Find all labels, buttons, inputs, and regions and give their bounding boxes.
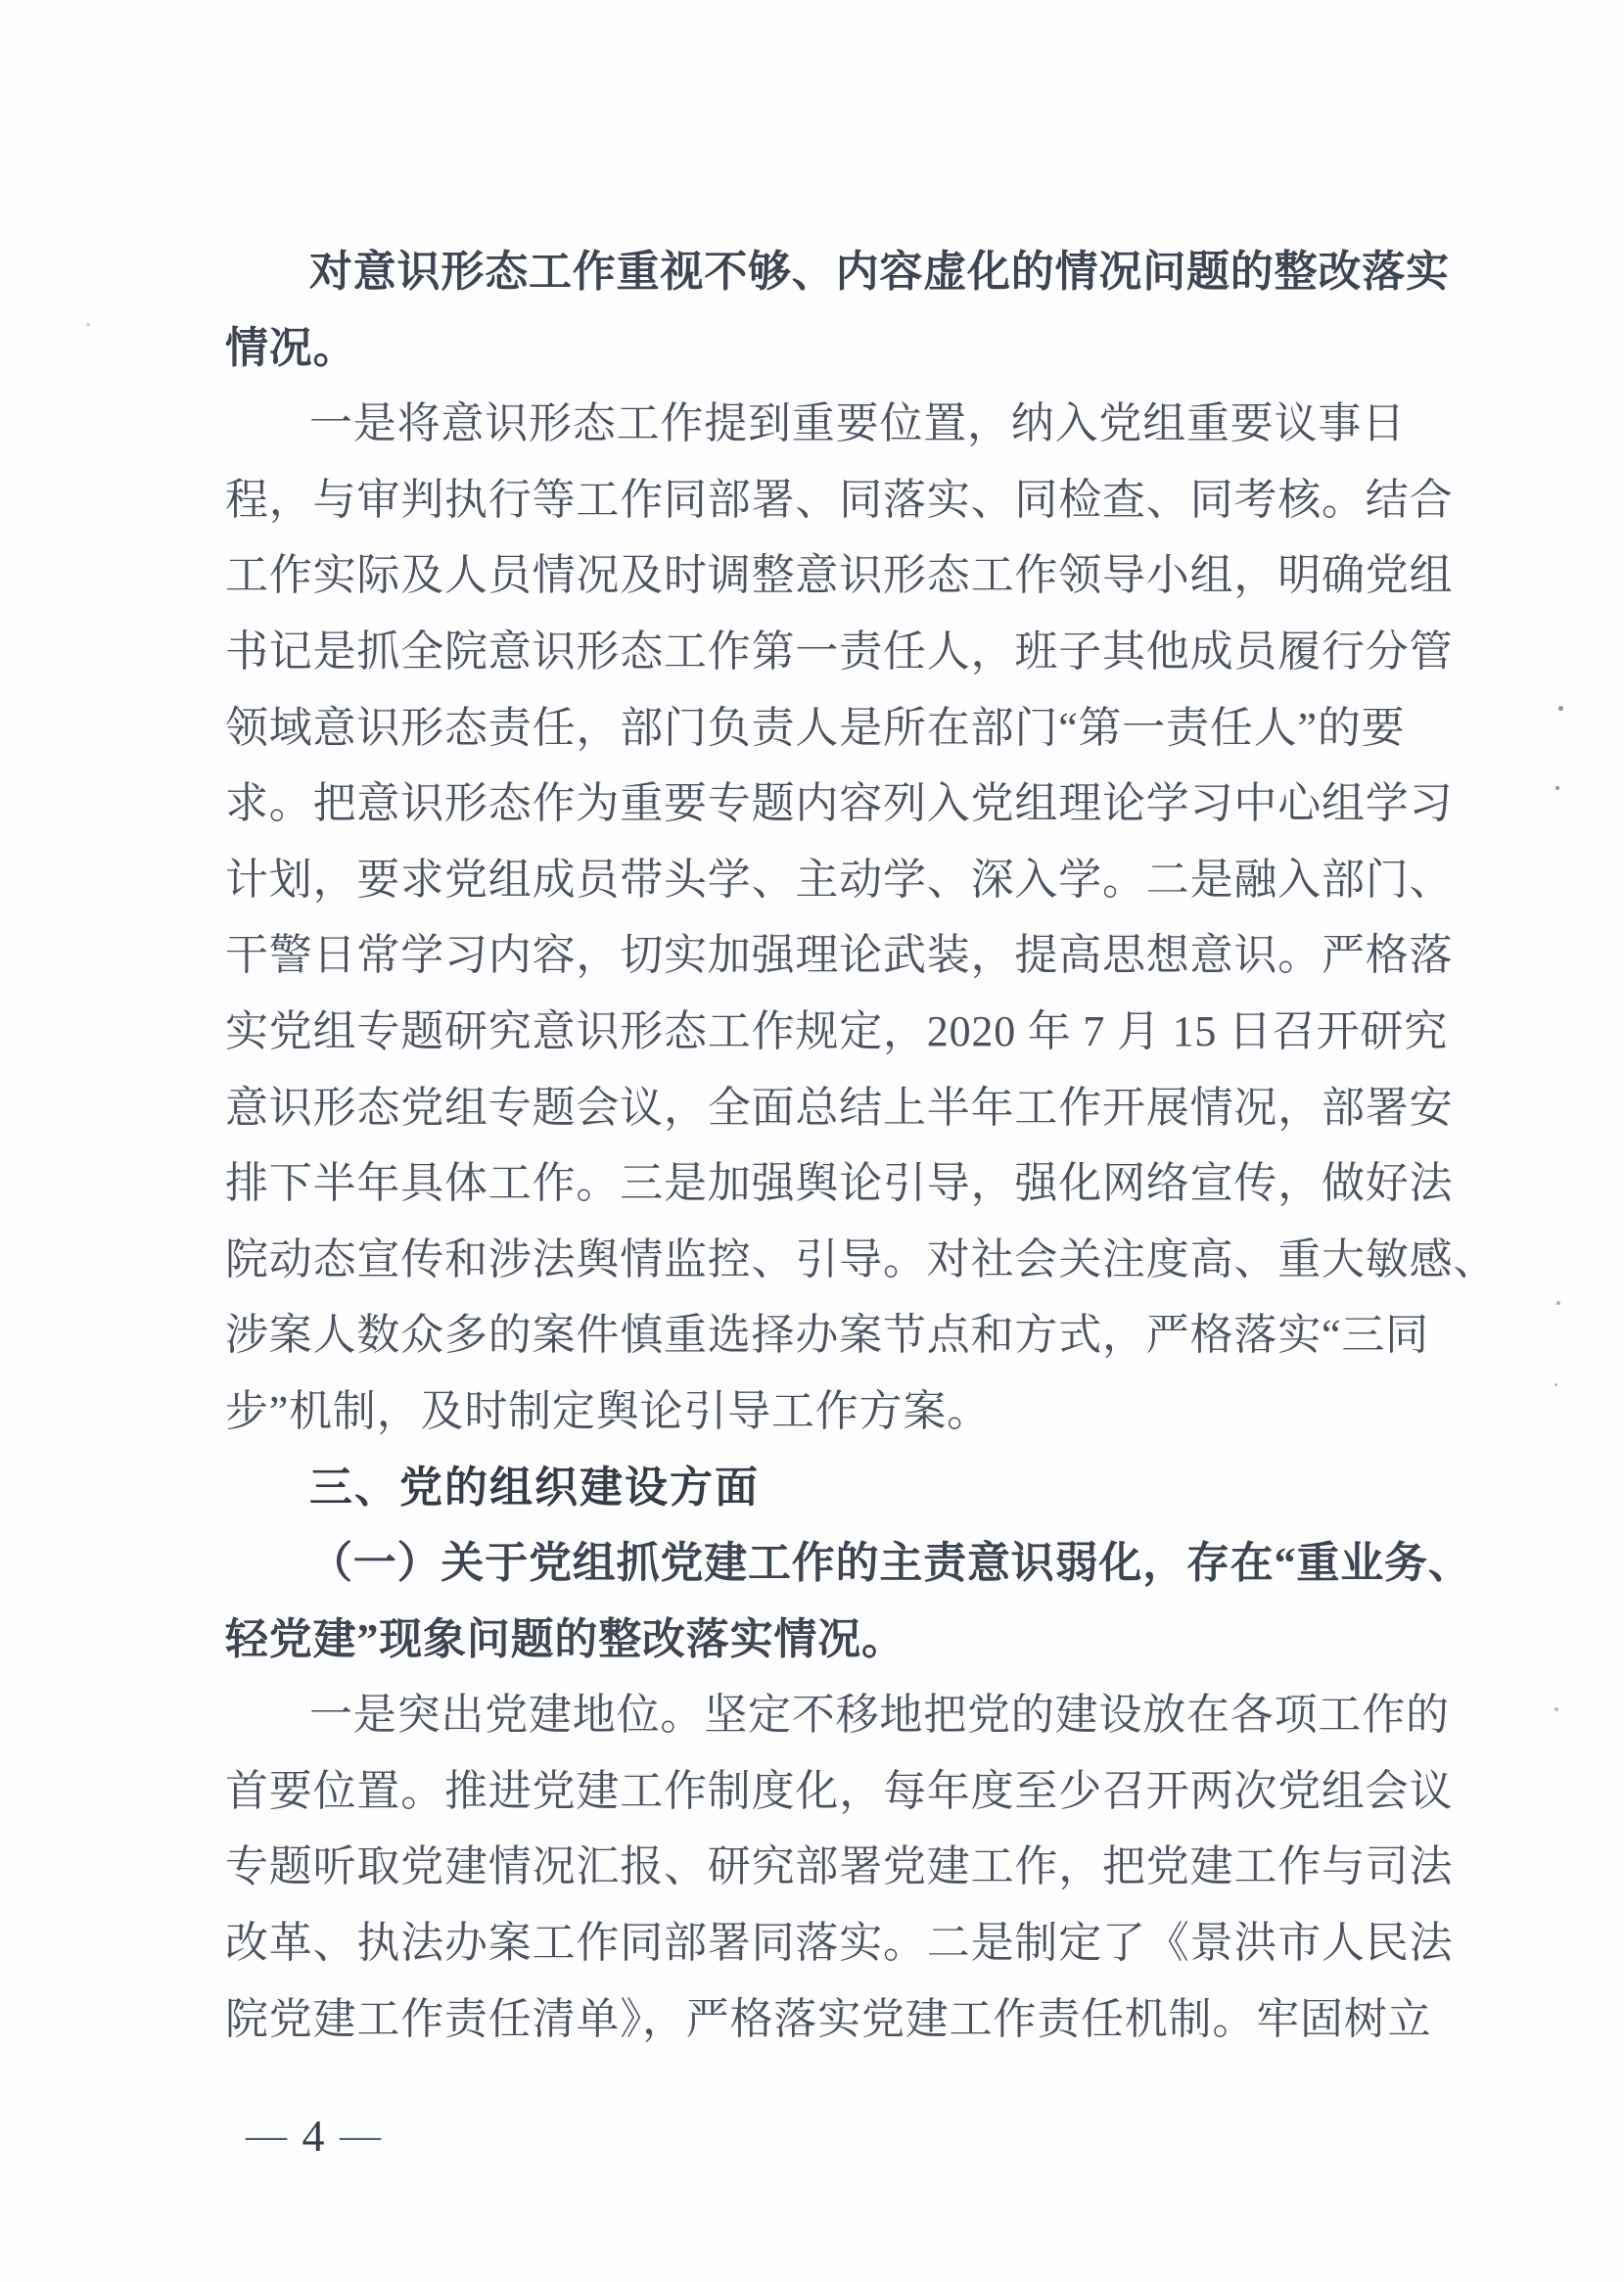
body-line: 程，与审判执行等工作同部署、同落实、同检查、同考核。结合 xyxy=(225,462,1488,538)
body-line: 领域意识形态责任，部门负责人是所在部门“第一责任人”的要 xyxy=(225,690,1488,767)
body-line: 改革、执法办案工作同部署同落实。二是制定了《景洪市人民法 xyxy=(225,1905,1488,1981)
body-line: 实党组专题研究意识形态工作规定，2020 年 7 月 15 日召开研究 xyxy=(225,994,1488,1070)
scan-speck xyxy=(1558,706,1563,711)
scan-speck xyxy=(86,323,90,326)
body-line: 排下半年具体工作。三是加强舆论引导，强化网络宣传，做好法 xyxy=(225,1145,1488,1222)
body-line: 院动态宣传和涉法舆情监控、引导。对社会关注度高、重大敏感、 xyxy=(225,1222,1488,1298)
body-line: 书记是抓全院意识形态工作第一责任人，班子其他成员履行分管 xyxy=(225,614,1488,690)
scan-speck xyxy=(1556,1301,1560,1305)
footer-left-dash: — xyxy=(246,2116,287,2157)
scan-speck xyxy=(1555,786,1559,790)
body-line: 一是突出党建地位。坚定不移地把党的建设放在各项工作的 xyxy=(225,1677,1488,1753)
body-line: 步”机制，及时制定舆论引导工作方案。 xyxy=(225,1374,1488,1450)
scanned-document-page: 对意识形态工作重视不够、内容虚化的情况问题的整改落实 情况。 一是将意识形态工作… xyxy=(0,0,1624,2282)
body-line: 干警日常学习内容，切实加强理论武装，提高思想意识。严格落 xyxy=(225,917,1488,994)
scan-speck xyxy=(1554,1707,1558,1711)
page-number: 4 xyxy=(302,2114,325,2159)
heading-continuation-line: 对意识形态工作重视不够、内容虚化的情况问题的整改落实 xyxy=(225,234,1488,310)
page-footer: — 4 — xyxy=(246,2105,381,2167)
document-text-block: 对意识形态工作重视不够、内容虚化的情况问题的整改落实 情况。 一是将意识形态工作… xyxy=(225,234,1488,2057)
subsection-heading: （一）关于党组抓党建工作的主责意识弱化，存在“重业务、 xyxy=(225,1525,1488,1602)
body-line: 专题听取党建情况汇报、研究部署党建工作，把党建工作与司法 xyxy=(225,1829,1488,1905)
footer-right-dash: — xyxy=(340,2116,381,2157)
heading-continuation-line: 情况。 xyxy=(225,310,1488,387)
body-line: 涉案人数众多的案件慎重选择办案节点和方式，严格落实“三同 xyxy=(225,1297,1488,1374)
body-line: 院党建工作责任清单》，严格落实党建工作责任机制。牢固树立 xyxy=(225,1981,1488,2058)
scan-speck xyxy=(1554,1383,1557,1386)
subsection-heading: 轻党建”现象问题的整改落实情况。 xyxy=(225,1602,1488,1678)
section-heading: 三、党的组织建设方面 xyxy=(225,1450,1488,1526)
body-line: 意识形态党组专题会议，全面总结上半年工作开展情况，部署安 xyxy=(225,1070,1488,1146)
body-line: 一是将意识形态工作提到重要位置，纳入党组重要议事日 xyxy=(225,386,1488,462)
body-line: 首要位置。推进党建工作制度化，每年度至少召开两次党组会议 xyxy=(225,1753,1488,1830)
body-line: 求。把意识形态作为重要专题内容列入党组理论学习中心组学习 xyxy=(225,766,1488,842)
body-line: 计划，要求党组成员带头学、主动学、深入学。二是融入部门、 xyxy=(225,842,1488,918)
body-line: 工作实际及人员情况及时调整意识形态工作领导小组，明确党组 xyxy=(225,537,1488,614)
